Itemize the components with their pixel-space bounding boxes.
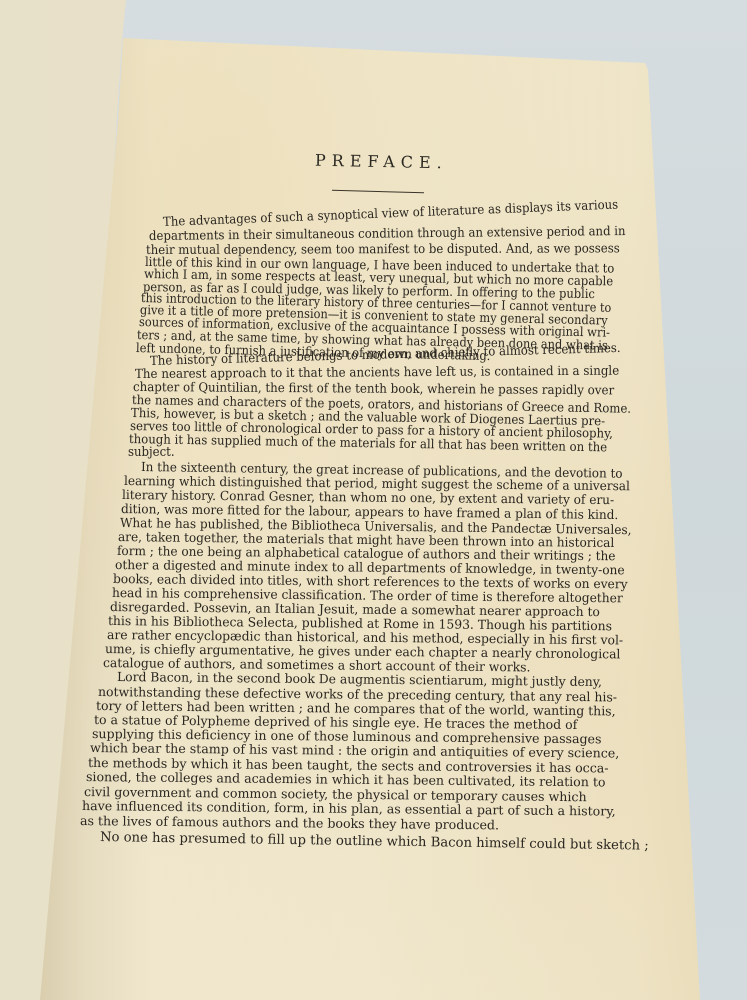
page-title: PREFACE. <box>315 151 448 173</box>
text-line: The nearest approach to it that the anci… <box>135 365 619 381</box>
title-divider <box>332 190 424 193</box>
text-line: subject. <box>128 446 175 459</box>
text-line: as the lives of famous authors and the b… <box>80 815 499 832</box>
page-text: PREFACE. The advantages of such a synopt… <box>0 0 747 1000</box>
text-line: No one has presumed to fill up the outli… <box>100 831 649 853</box>
